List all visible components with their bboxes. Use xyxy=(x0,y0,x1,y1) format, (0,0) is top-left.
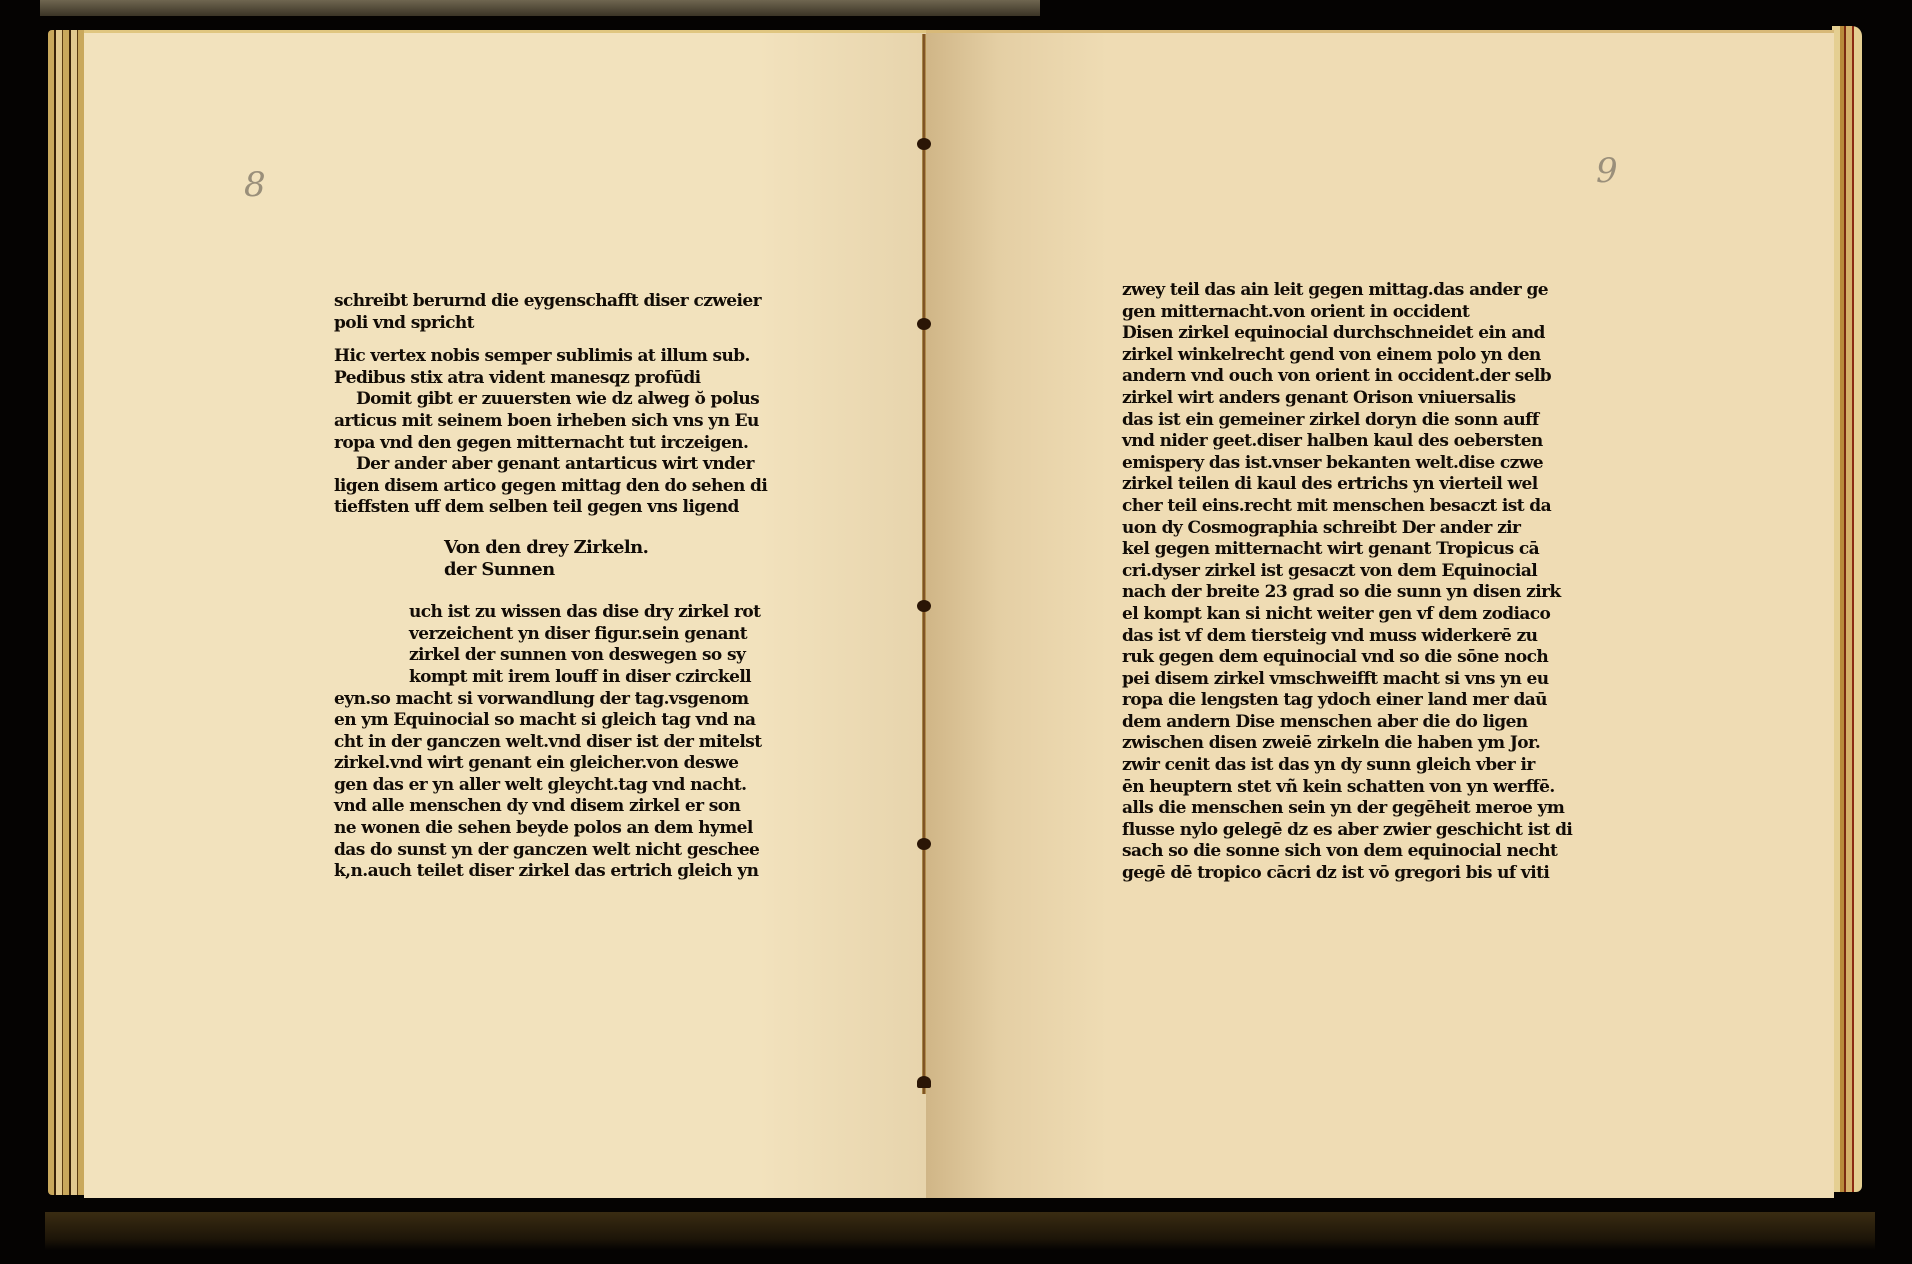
latin-verse-line: Pedibus stix atra vident manesqz profūdi xyxy=(334,368,767,390)
binding-knot xyxy=(917,1076,931,1088)
binding-knot xyxy=(917,318,931,330)
text-line: kel gegen mitternacht wirt genant Tropic… xyxy=(1122,539,1572,561)
text-line: kompt mit irem louff in diser czirckell xyxy=(334,667,767,689)
text-line: das ist vf dem tiersteig vnd muss widerk… xyxy=(1122,626,1572,648)
text-line: zwey teil das ain leit gegen mittag.das … xyxy=(1122,280,1572,302)
text-line: cri.dyser zirkel ist gesaczt von dem Equ… xyxy=(1122,561,1572,583)
text-line: cher teil eins.recht mit menschen besacz… xyxy=(1122,496,1572,518)
text-line: ropa die lengsten tag ydoch einer land m… xyxy=(1122,690,1572,712)
section-heading: Von den drey Zirkeln. xyxy=(334,537,767,559)
text-line: zwischen disen zweiē zirkeln die haben y… xyxy=(1122,733,1572,755)
text-line: das ist ein gemeiner zirkel doryn die so… xyxy=(1122,410,1572,432)
text-line: en ym Equinocial so macht si gleich tag … xyxy=(334,710,767,732)
text-line: nach der breite 23 grad so die sunn yn d… xyxy=(1122,582,1572,604)
right-page-edges xyxy=(1832,26,1862,1192)
text-line: zirkel wirt anders genant Orison vniuers… xyxy=(1122,388,1572,410)
binding-knot xyxy=(917,138,931,150)
text-line: pei disem zirkel vmschweifft macht si vn… xyxy=(1122,669,1572,691)
text-line: ne wonen die sehen beyde polos an dem hy… xyxy=(334,818,767,840)
left-page: 8 schreibt berurnd die eygenschafft dise… xyxy=(84,30,926,1198)
text-line: ropa vnd den gegen mitternacht tut ircze… xyxy=(334,433,767,455)
open-book: 8 schreibt berurnd die eygenschafft dise… xyxy=(0,0,1912,1264)
text-line: gen das er yn aller welt gleycht.tag vnd… xyxy=(334,775,767,797)
text-line: Der ander aber genant antarticus wirt vn… xyxy=(334,454,767,476)
text-line: vnd alle menschen dy vnd disem zirkel er… xyxy=(334,796,767,818)
binding-knot xyxy=(917,838,931,850)
text-line: ligen disem artico gegen mittag den do s… xyxy=(334,476,767,498)
text-line: zwir cenit das ist das yn dy sunn gleich… xyxy=(1122,755,1572,777)
text-line: flusse nylo gelegē dz es aber zwier gesc… xyxy=(1122,820,1572,842)
text-line: uon dy Cosmographia schreibt Der ander z… xyxy=(1122,518,1572,540)
text-line: zirkel der sunnen von deswegen so sy xyxy=(334,645,767,667)
left-page-text: schreibt berurnd die eygenschafft diser … xyxy=(334,291,767,883)
left-page-edges xyxy=(48,30,88,1195)
latin-verse-line: Hic vertex nobis semper sublimis at illu… xyxy=(334,346,767,368)
page-number-left: 8 xyxy=(244,165,266,205)
text-line: dem andern Dise menschen aber die do lig… xyxy=(1122,712,1572,734)
text-line: gegē dē tropico cācri dz ist vō gregori … xyxy=(1122,863,1572,885)
text-line: el kompt kan si nicht weiter gen vf dem … xyxy=(1122,604,1572,626)
text-line: Disen zirkel equinocial durchschneidet e… xyxy=(1122,323,1572,345)
text-line: vnd nider geet.diser halben kaul des oeb… xyxy=(1122,431,1572,453)
text-line: verzeichent yn diser figur.sein genant xyxy=(334,624,767,646)
text-line: Domit gibt er zuuersten wie dz alweg ŏ p… xyxy=(334,389,767,411)
text-line: zirkel.vnd wirt genant ein gleicher.von … xyxy=(334,753,767,775)
text-line: cht in der ganczen welt.vnd diser ist de… xyxy=(334,732,767,754)
text-line: tieffsten uff dem selben teil gegen vns … xyxy=(334,497,767,519)
text-line: gen mitternacht.von orient in occident xyxy=(1122,302,1572,324)
right-page-text: zwey teil das ain leit gegen mittag.das … xyxy=(1122,280,1572,885)
text-line: emispery das ist.vnser bekanten welt.dis… xyxy=(1122,453,1572,475)
text-line: ēn heuptern stet vñ kein schatten von yn… xyxy=(1122,777,1572,799)
text-line: k,n.auch teilet diser zirkel das ertrich… xyxy=(334,861,767,883)
text-line: ruk gegen dem equinocial vnd so die sōne… xyxy=(1122,647,1572,669)
text-line: sach so die sonne sich von dem equinocia… xyxy=(1122,841,1572,863)
right-page: 9 zwey teil das ain leit gegen mittag.da… xyxy=(926,30,1834,1198)
text-line: eyn.so macht si vorwandlung der tag.vsge… xyxy=(334,689,767,711)
text-line: das do sunst yn der ganczen welt nicht g… xyxy=(334,840,767,862)
text-line: zirkel winkelrecht gend von einem polo y… xyxy=(1122,345,1572,367)
page-number-right: 9 xyxy=(1596,151,1618,191)
text-line: alls die menschen sein yn der gegēheit m… xyxy=(1122,798,1572,820)
binding-knot xyxy=(917,600,931,612)
text-line: zirkel teilen di kaul des ertrichs yn vi… xyxy=(1122,474,1572,496)
text-line: poli vnd spricht xyxy=(334,313,767,335)
binding-thread xyxy=(922,34,926,1094)
text-line: articus mit seinem boen irheben sich vns… xyxy=(334,411,767,433)
text-line: uch ist zu wissen das dise dry zirkel ro… xyxy=(334,602,767,624)
text-line: andern vnd ouch von orient in occident.d… xyxy=(1122,366,1572,388)
text-line: schreibt berurnd die eygenschafft diser … xyxy=(334,291,767,313)
section-heading: der Sunnen xyxy=(334,559,767,581)
